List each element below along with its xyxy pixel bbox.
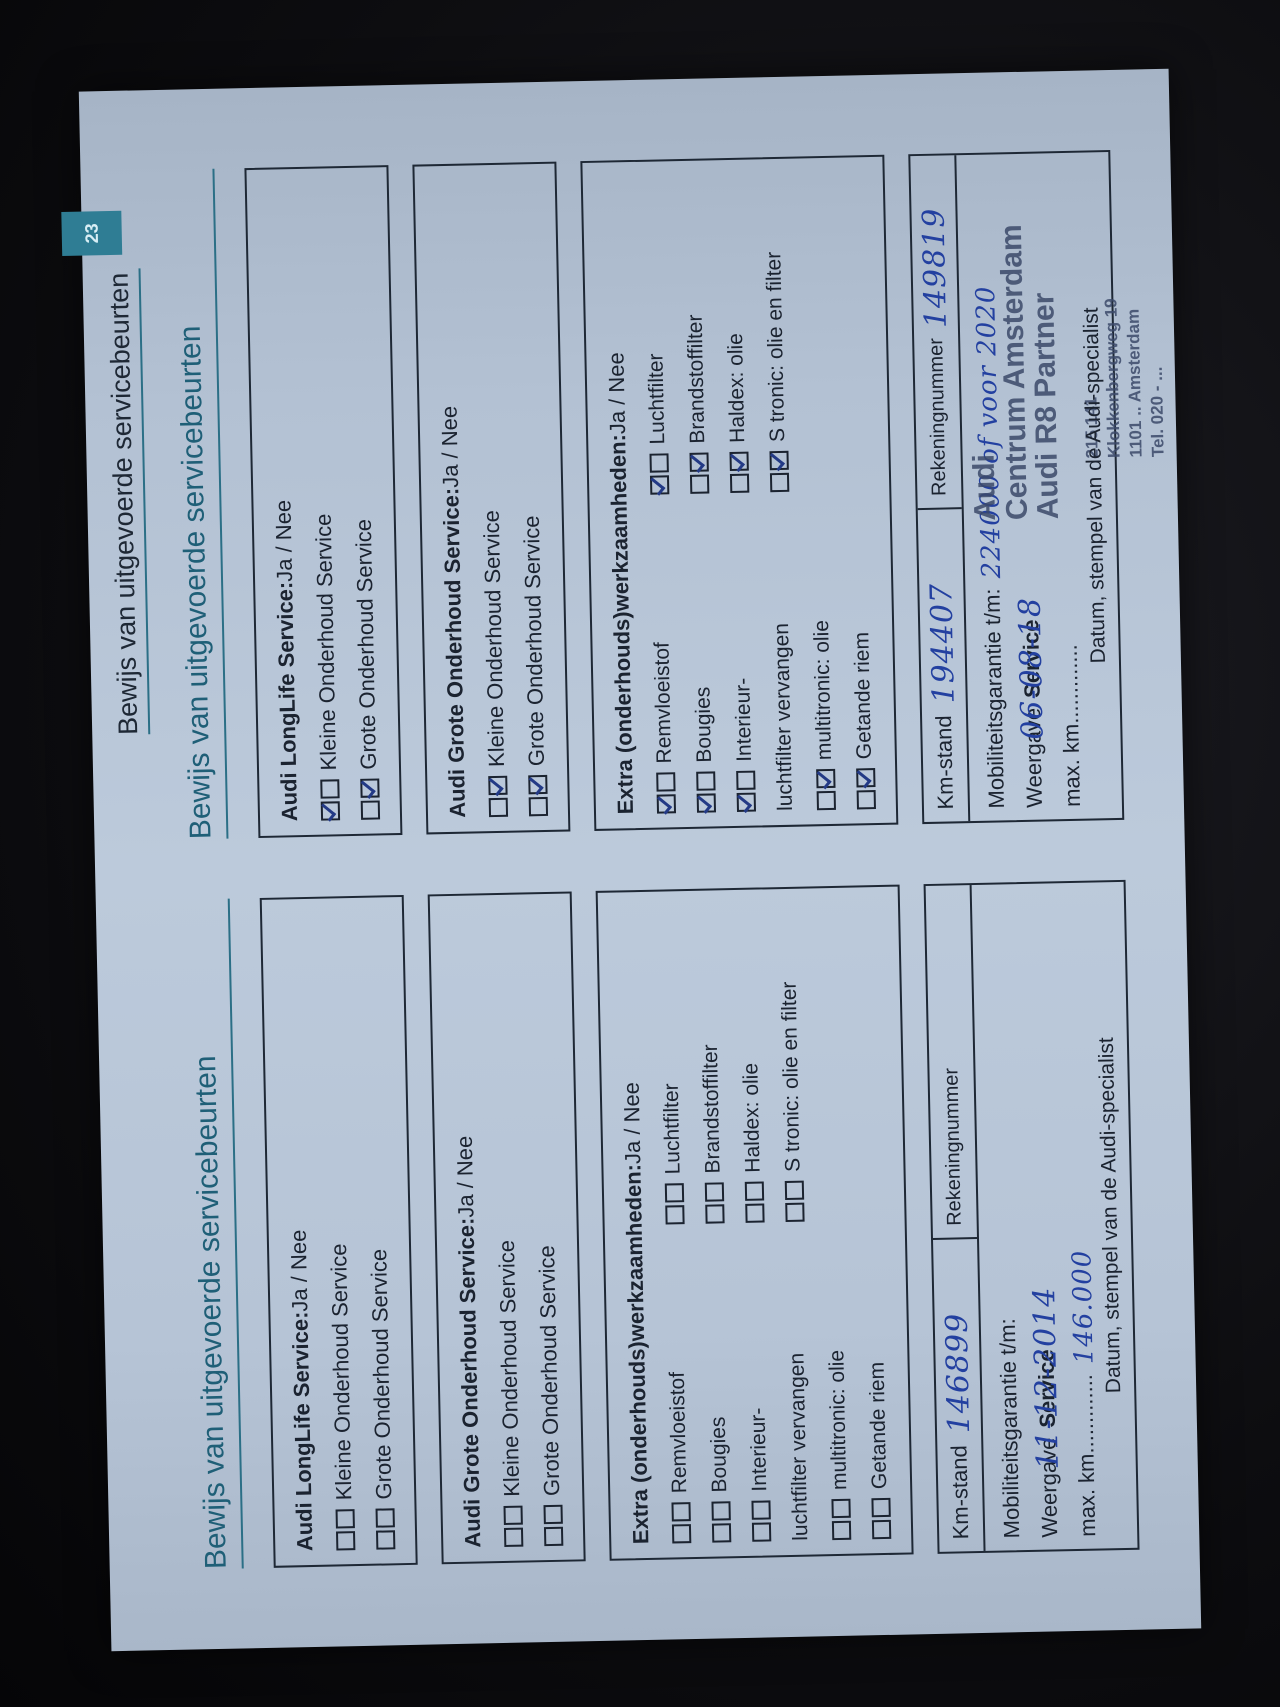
- checkbox-ja[interactable]: [831, 1521, 850, 1540]
- extra-item: multitronic: olie: [799, 491, 846, 811]
- checkbox-nee[interactable]: [871, 1498, 890, 1517]
- checkbox-ja[interactable]: [665, 1205, 684, 1224]
- extra-item: Remvloeistof: [655, 1224, 702, 1544]
- checkbox-ja[interactable]: [335, 1531, 354, 1550]
- checkbox-ja[interactable]: [856, 790, 875, 809]
- extra-item: Brandstoffilter: [673, 174, 720, 494]
- km-stand-field[interactable]: Km-stand 194407: [918, 507, 969, 822]
- checkbox-nee[interactable]: [736, 771, 755, 790]
- extra-item: multitronic: olie: [815, 1221, 862, 1541]
- km-stand-label: Km-stand: [946, 1445, 974, 1540]
- invoice-number-field[interactable]: Rekeningnummer 149819: [915, 155, 957, 508]
- extra-item: Interieur-: [735, 1222, 782, 1542]
- checkbox-nee[interactable]: [856, 768, 875, 787]
- extra-item: Bougies: [679, 493, 726, 813]
- checkbox-ja[interactable]: [671, 1524, 690, 1543]
- checkbox-label: Kleine Onderhoud Service: [326, 1243, 357, 1500]
- checkbox-label: Grote Onderhoud Service: [351, 519, 382, 770]
- invoice-number-label: Rekeningnummer: [940, 1068, 966, 1226]
- checkbox-nee[interactable]: [528, 775, 547, 794]
- grote-onderhoud-box: Audi Grote Onderhoud Service: Ja / Nee K…: [412, 162, 570, 835]
- checkbox-label: Getande riem: [866, 1362, 893, 1490]
- checkbox-nee[interactable]: [360, 778, 379, 797]
- page-number: 23: [61, 211, 122, 256]
- checkbox-label: Grote Onderhoud Service: [519, 515, 550, 766]
- checkbox-label: Interieur-: [746, 1407, 772, 1492]
- checkbox-nee[interactable]: [696, 771, 715, 790]
- checkbox-nee[interactable]: [320, 779, 339, 798]
- dealer-stamp: AudiCentrum AmsterdamAudi R8 Partner215 …: [964, 221, 1171, 521]
- extra-item: Getande riem: [839, 490, 886, 810]
- checkbox-label: Luchtfilter: [660, 1083, 686, 1175]
- km-stand-field[interactable]: Km-stand 146899: [933, 1237, 984, 1552]
- checkbox-ja[interactable]: [745, 1203, 764, 1222]
- checkbox-label: Bougies: [707, 1416, 733, 1492]
- checkbox-ja[interactable]: [736, 793, 755, 812]
- invoice-number-value: 149819: [916, 207, 954, 328]
- checkbox-ja[interactable]: [871, 1520, 890, 1539]
- checkbox-nee[interactable]: [816, 769, 835, 788]
- extra-item: Remvloeistof: [639, 494, 686, 814]
- checkbox-nee[interactable]: [729, 452, 748, 471]
- max-km-value: 146.000: [1067, 1249, 1099, 1364]
- checkbox-nee[interactable]: [335, 1509, 354, 1528]
- checkbox-label: Grote Onderhoud Service: [366, 1249, 397, 1500]
- checkbox-label: Kleine Onderhoud Service: [494, 1240, 525, 1497]
- booklet-page: Bewijs van uitgevoerde servicebeurten 23…: [79, 69, 1201, 1651]
- checkbox-nee[interactable]: [784, 1181, 803, 1200]
- extra-item: S tronic: olie en filter: [768, 902, 815, 1222]
- checkbox-nee[interactable]: [375, 1508, 394, 1527]
- checkbox-label: Kleine Onderhoud Service: [311, 513, 342, 770]
- checkbox-nee[interactable]: [488, 776, 507, 795]
- km-box: Km-stand 194407 Rekeningnummer 149819 Mo…: [908, 150, 1124, 824]
- checkbox-label: Haldex: olie: [739, 1063, 765, 1173]
- checkbox-label: Bougies: [691, 686, 717, 762]
- checkbox-ja[interactable]: [696, 793, 715, 812]
- checkbox-nee[interactable]: [769, 451, 788, 470]
- checkbox-ja[interactable]: [751, 1522, 770, 1541]
- checkbox-nee[interactable]: [831, 1499, 850, 1518]
- checkbox-label: Getande riem: [850, 632, 877, 760]
- extra-item: Bougies: [695, 1223, 742, 1543]
- mobility-guarantee-label: Mobiliteitsgarantie t/m:: [995, 1318, 1026, 1539]
- extra-item: S tronic: olie en filter: [753, 173, 800, 493]
- checkbox-nee[interactable]: [656, 772, 675, 791]
- checkbox-label-continuation: luchtfilter vervangen: [775, 1221, 822, 1541]
- km-stand-label: Km-stand: [931, 715, 959, 810]
- checkbox-nee[interactable]: [649, 453, 668, 472]
- checkbox-label: Interieur-: [731, 678, 757, 763]
- checkbox-ja[interactable]: [769, 473, 788, 492]
- checkbox-label: Haldex: olie: [724, 333, 750, 443]
- km-stand-value: 194407: [924, 583, 962, 704]
- extra-item: Luchtfilter: [648, 905, 695, 1225]
- checkbox-nee[interactable]: [503, 1506, 522, 1525]
- checkbox-ja[interactable]: [729, 474, 748, 493]
- max-km-label: max. km.............: [1057, 644, 1086, 807]
- checkbox-nee[interactable]: [689, 452, 708, 471]
- checkbox-nee[interactable]: [704, 1182, 723, 1201]
- checkbox-ja[interactable]: [543, 1527, 562, 1546]
- invoice-number-field[interactable]: Rekeningnummer: [936, 885, 966, 1238]
- extra-item: Getande riem: [855, 1220, 902, 1540]
- checkbox-label: Remvloeistof: [666, 1372, 693, 1494]
- longlife-box: Audi LongLife Service: Ja / Nee Kleine O…: [244, 165, 402, 838]
- extra-item: Luchtfilter: [633, 175, 680, 495]
- service-record: Bewijs van uitgevoerde servicebeurten Au…: [170, 150, 1144, 840]
- checkbox-ja[interactable]: [816, 791, 835, 810]
- checkbox-label: Kleine Onderhoud Service: [479, 510, 510, 767]
- checkbox-label: S tronic: olie en filter: [778, 981, 806, 1172]
- longlife-box: Audi LongLife Service: Ja / Nee Kleine O…: [260, 895, 418, 1568]
- checkbox-ja[interactable]: [705, 1204, 724, 1223]
- checkbox-ja[interactable]: [689, 474, 708, 493]
- checkbox-label: Brandstoffilter: [684, 314, 711, 444]
- extra-item: Haldex: olie: [713, 173, 760, 493]
- checkbox-ja[interactable]: [320, 801, 339, 820]
- checkbox-ja[interactable]: [649, 475, 668, 494]
- checkbox-label: S tronic: olie en filter: [762, 252, 790, 443]
- checkbox-ja[interactable]: [528, 797, 547, 816]
- checkbox-label: multitronic: olie: [810, 620, 837, 761]
- checkbox-label: Remvloeistof: [650, 642, 677, 764]
- checkbox-label: multitronic: olie: [825, 1350, 852, 1491]
- checkbox-ja[interactable]: [375, 1530, 394, 1549]
- checkbox-label: Grote Onderhoud Service: [534, 1245, 565, 1496]
- mobility-guarantee-label: Mobiliteitsgarantie t/m:: [979, 588, 1010, 809]
- checkbox-ja[interactable]: [488, 798, 507, 817]
- service-date-value[interactable]: 06-08-18: [1013, 597, 1051, 740]
- checkbox-nee[interactable]: [664, 1183, 683, 1202]
- km-box: Km-stand 146899 Rekeningnummer Mobilitei…: [924, 880, 1140, 1554]
- max-km-label: max. km.............: [1072, 1374, 1101, 1537]
- grote-onderhoud-box: Audi Grote Onderhoud Service: Ja / Nee K…: [428, 891, 586, 1564]
- extra-box: Extra (onderhouds)werkzaamheden: Ja / Ne…: [596, 885, 914, 1561]
- checkbox-nee[interactable]: [671, 1502, 690, 1521]
- service-record: Bewijs van uitgevoerde servicebeurten Au…: [186, 879, 1160, 1569]
- extra-grid: RemvloeistofBougiesInterieur-luchtfilter…: [648, 901, 901, 1544]
- checkbox-nee[interactable]: [751, 1500, 770, 1519]
- invoice-number-label: Rekeningnummer: [925, 338, 951, 496]
- extra-item: Interieur-: [719, 492, 766, 812]
- checkbox-nee[interactable]: [711, 1501, 730, 1520]
- extra-item: Haldex: olie: [728, 903, 775, 1223]
- checkbox-ja[interactable]: [785, 1203, 804, 1222]
- checkbox-label-continuation: luchtfilter vervangen: [759, 492, 806, 812]
- checkbox-ja[interactable]: [503, 1528, 522, 1547]
- checkbox-ja[interactable]: [360, 800, 379, 819]
- checkbox-label: Luchtfilter: [644, 353, 670, 445]
- checkbox-nee[interactable]: [543, 1505, 562, 1524]
- extra-box: Extra (onderhouds)werkzaamheden: Ja / Ne…: [580, 155, 898, 831]
- extra-grid: RemvloeistofBougiesInterieur-luchtfilter…: [633, 171, 886, 814]
- service-records: Bewijs van uitgevoerde servicebeurten Au…: [170, 150, 1159, 1570]
- service-date-value[interactable]: 11-12-2014: [1027, 1286, 1066, 1470]
- checkbox-ja[interactable]: [656, 794, 675, 813]
- checkbox-label: Brandstoffilter: [699, 1044, 726, 1174]
- checkbox-nee[interactable]: [744, 1181, 763, 1200]
- km-stand-value: 146899: [939, 1312, 977, 1433]
- checkbox-ja[interactable]: [711, 1523, 730, 1542]
- extra-item: Brandstoffilter: [688, 904, 735, 1224]
